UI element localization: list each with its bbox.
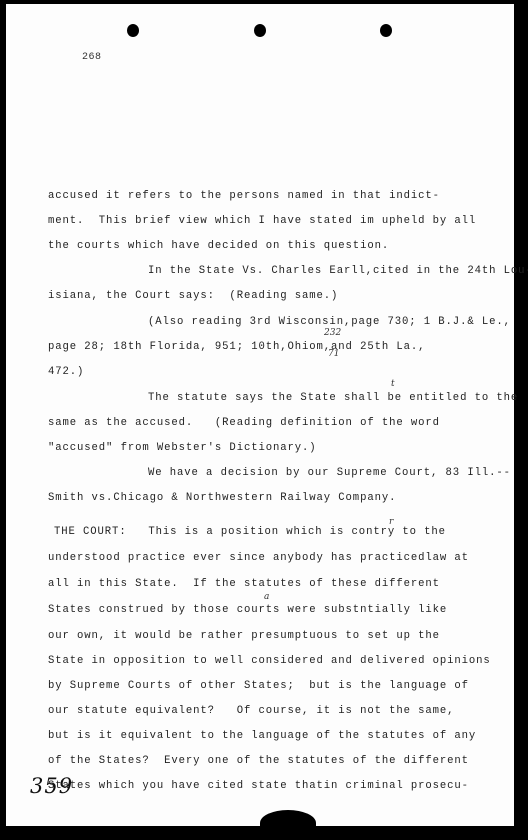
text-line: The statute says the State shall be enti… [148,392,518,404]
text-line: THE COURT: This is a position which is c… [54,526,446,538]
punch-hole [254,24,266,37]
document-page: 268 accused it refers to the persons nam… [6,4,514,826]
text-line: page 28; 18th Florida, 951; 10th,Ohiom,a… [48,341,425,353]
text-line: understood practice ever since anybody h… [48,552,469,564]
text-line: but is it equivalent to the language of … [48,730,476,742]
punch-hole [380,24,392,37]
text-line: the courts which have decided on this qu… [48,240,389,252]
handwritten-page-stamp: 359 [30,774,73,798]
text-line: accused it refers to the persons named i… [48,190,440,202]
text-line: In the State Vs. Charles Earll,cited in … [148,265,528,277]
punch-hole [127,24,139,37]
text-line: "accused" from Webster's Dictionary.) [48,442,317,454]
page-number: 268 [82,52,102,63]
handwritten-annotation: t [391,379,395,389]
handwritten-annotation: 71 [328,349,339,359]
scan-blot [260,810,316,836]
text-line: all in this State. If the statutes of th… [48,578,440,590]
handwritten-annotation: a [264,592,269,602]
text-line: States construed by those courts were su… [48,604,447,616]
text-line: our own, it would be rather presumptuous… [48,630,440,642]
text-line: Smith vs.Chicago & Northwestern Railway … [48,492,396,504]
text-line: same as the accused. (Reading definition… [48,417,440,429]
text-line: of the States? Every one of the statutes… [48,755,469,767]
text-line: (Also reading 3rd Wisconsin,page 730; 1 … [148,316,511,328]
text-line: ment. This brief view which I have state… [48,215,476,227]
text-line: our statute equivalent? Of course, it is… [48,705,454,717]
text-line: 472.) [48,366,84,378]
text-line: State in opposition to well considered a… [48,655,491,667]
text-line: by Supreme Courts of other States; but i… [48,680,469,692]
text-line: States which you have cited state thatin… [48,780,469,792]
text-line: We have a decision by our Supreme Court,… [148,467,511,479]
handwritten-annotation: 232 [324,328,341,338]
text-line: isiana, the Court says: (Reading same.) [48,290,338,302]
